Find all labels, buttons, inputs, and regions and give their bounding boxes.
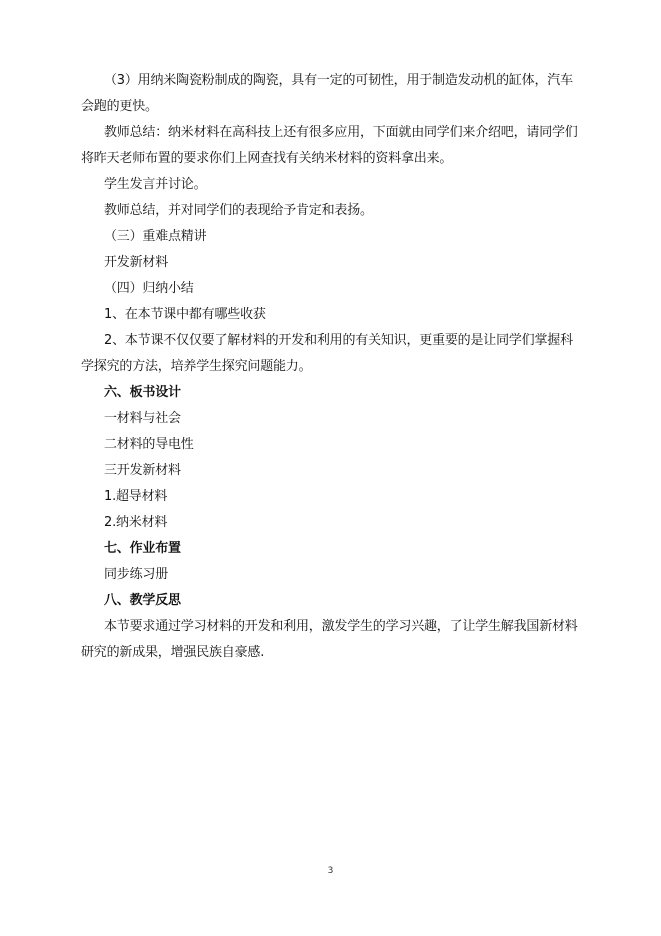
board-subitem-1: 1.超导材料 [81, 484, 583, 510]
subheading-summary: （四）归纳小结 [81, 276, 583, 302]
paragraph-teacher-summary-2: 教师总结，并对同学们的表现给予肯定和表扬。 [81, 198, 583, 224]
paragraph-new-materials: 开发新材料 [81, 250, 583, 276]
heading-reflection: 八、教学反思 [81, 588, 583, 614]
board-item-1: 一材料与社会 [81, 406, 583, 432]
board-item-2: 二材料的导电性 [81, 432, 583, 458]
list-item-1: 1、在本节课中都有哪些收获 [81, 302, 583, 328]
heading-homework: 七、作业布置 [81, 536, 583, 562]
paragraph-nano-ceramics: （3）用纳米陶瓷粉制成的陶瓷，具有一定的可韧性，用于制造发动机的缸体，汽车会跑的… [81, 68, 583, 120]
page-number: 3 [0, 866, 661, 876]
document-body: （3）用纳米陶瓷粉制成的陶瓷，具有一定的可韧性，用于制造发动机的缸体，汽车会跑的… [81, 68, 583, 666]
paragraph-teacher-summary-1: 教师总结：纳米材料在高科技上还有很多应用，下面就由同学们来介绍吧，请同学们将昨天… [81, 120, 583, 172]
paragraph-reflection: 本节要求通过学习材料的开发和利用，激发学生的学习兴趣，了让学生解我国新材料研究的… [81, 614, 583, 666]
list-item-2: 2、本节课不仅仅要了解材料的开发和利用的有关知识，更重要的是让同学们掌握科学探究… [81, 328, 583, 380]
subheading-key-points: （三）重难点精讲 [81, 224, 583, 250]
board-item-3: 三开发新材料 [81, 458, 583, 484]
paragraph-student-discussion: 学生发言并讨论。 [81, 172, 583, 198]
board-subitem-2: 2.纳米材料 [81, 510, 583, 536]
heading-board-design: 六、板书设计 [81, 380, 583, 406]
paragraph-homework: 同步练习册 [81, 562, 583, 588]
